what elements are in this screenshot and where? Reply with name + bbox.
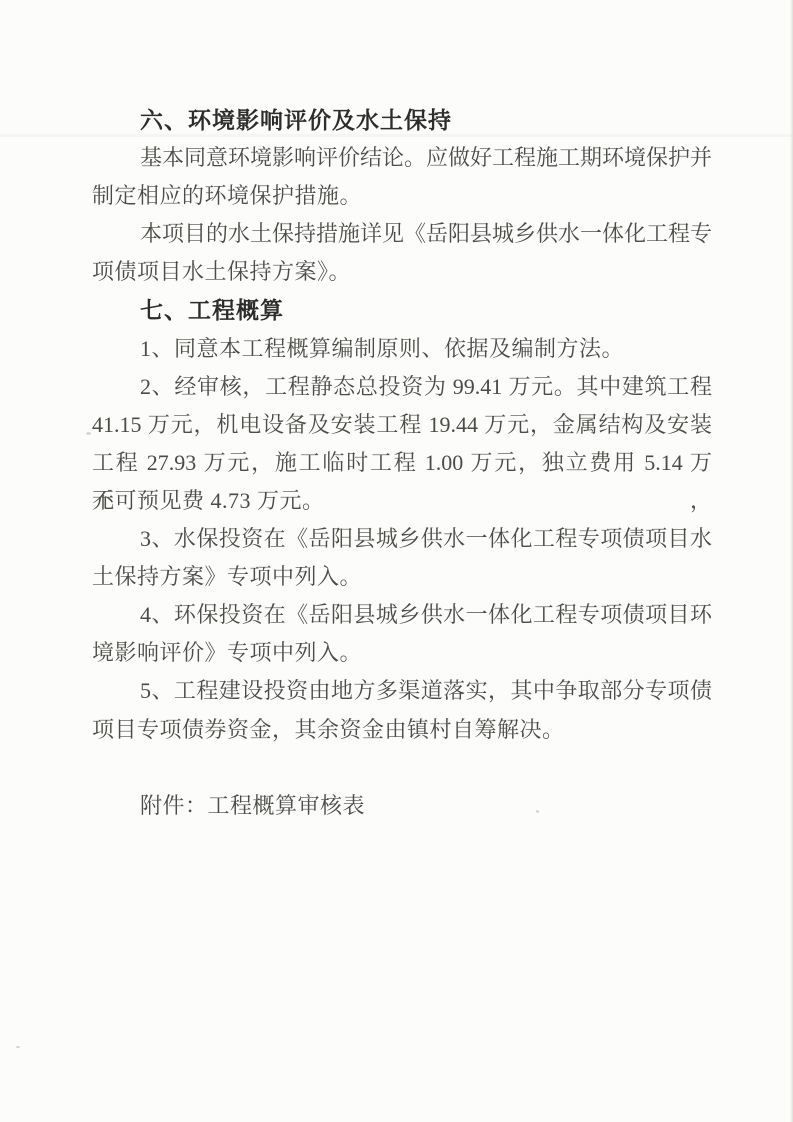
body-text-line: 2、经审核，工程静态总投资为 99.41 万元。其中建筑工程 — [92, 368, 712, 406]
body-text-line: 土保持方案》专项中列入。 — [92, 558, 712, 596]
document-page: 六、环境影响评价及水土保持基本同意环境影响评价结论。应做好工程施工期环境保护并制… — [0, 0, 793, 1122]
body-text-line: 项目专项债券资金，其余资金由镇村自筹解决。 — [92, 711, 712, 749]
body-text-line: 3、水保投资在《岳阳县城乡供水一体化工程专项债项目水 — [92, 520, 712, 558]
body-text-line: 基本同意环境影响评价结论。应做好工程施工期环境保护并 — [92, 139, 712, 177]
body-text-line: 41.15 万元，机电设备及安装工程 19.44 万元，金属结构及安装 — [92, 406, 712, 444]
scan-speck — [86, 432, 91, 435]
body-text-line: 4、环保投资在《岳阳县城乡供水一体化工程专项债项目环 — [92, 596, 712, 634]
section-heading: 六、环境影响评价及水土保持 — [92, 101, 712, 139]
body-text-line: 本项目的水土保持措施详见《岳阳县城乡供水一体化工程专 — [92, 215, 712, 253]
document-body: 六、环境影响评价及水土保持基本同意环境影响评价结论。应做好工程施工期环境保护并制… — [92, 101, 712, 825]
body-text-line: 项债项目水土保持方案》。 — [92, 253, 712, 291]
body-text-line: 1、同意本工程概算编制原则、依据及编制方法。 — [92, 330, 712, 368]
body-text-line: 工程 27.93 万元，施工临时工程 1.00 万元，独立费用 5.14 万元， — [92, 444, 712, 482]
body-text-line: 境影响评价》专项中列入。 — [92, 634, 712, 672]
scan-speck — [16, 1046, 20, 1048]
scan-speck — [536, 810, 539, 813]
blank-line — [92, 749, 712, 787]
body-text-line: 制定相应的环境保护措施。 — [92, 177, 712, 215]
section-heading: 七、工程概算 — [92, 291, 712, 329]
body-text-line: 附件：工程概算审核表 — [92, 787, 712, 825]
body-text-line: 5、工程建设投资由地方多渠道落实，其中争取部分专项债 — [92, 672, 712, 710]
